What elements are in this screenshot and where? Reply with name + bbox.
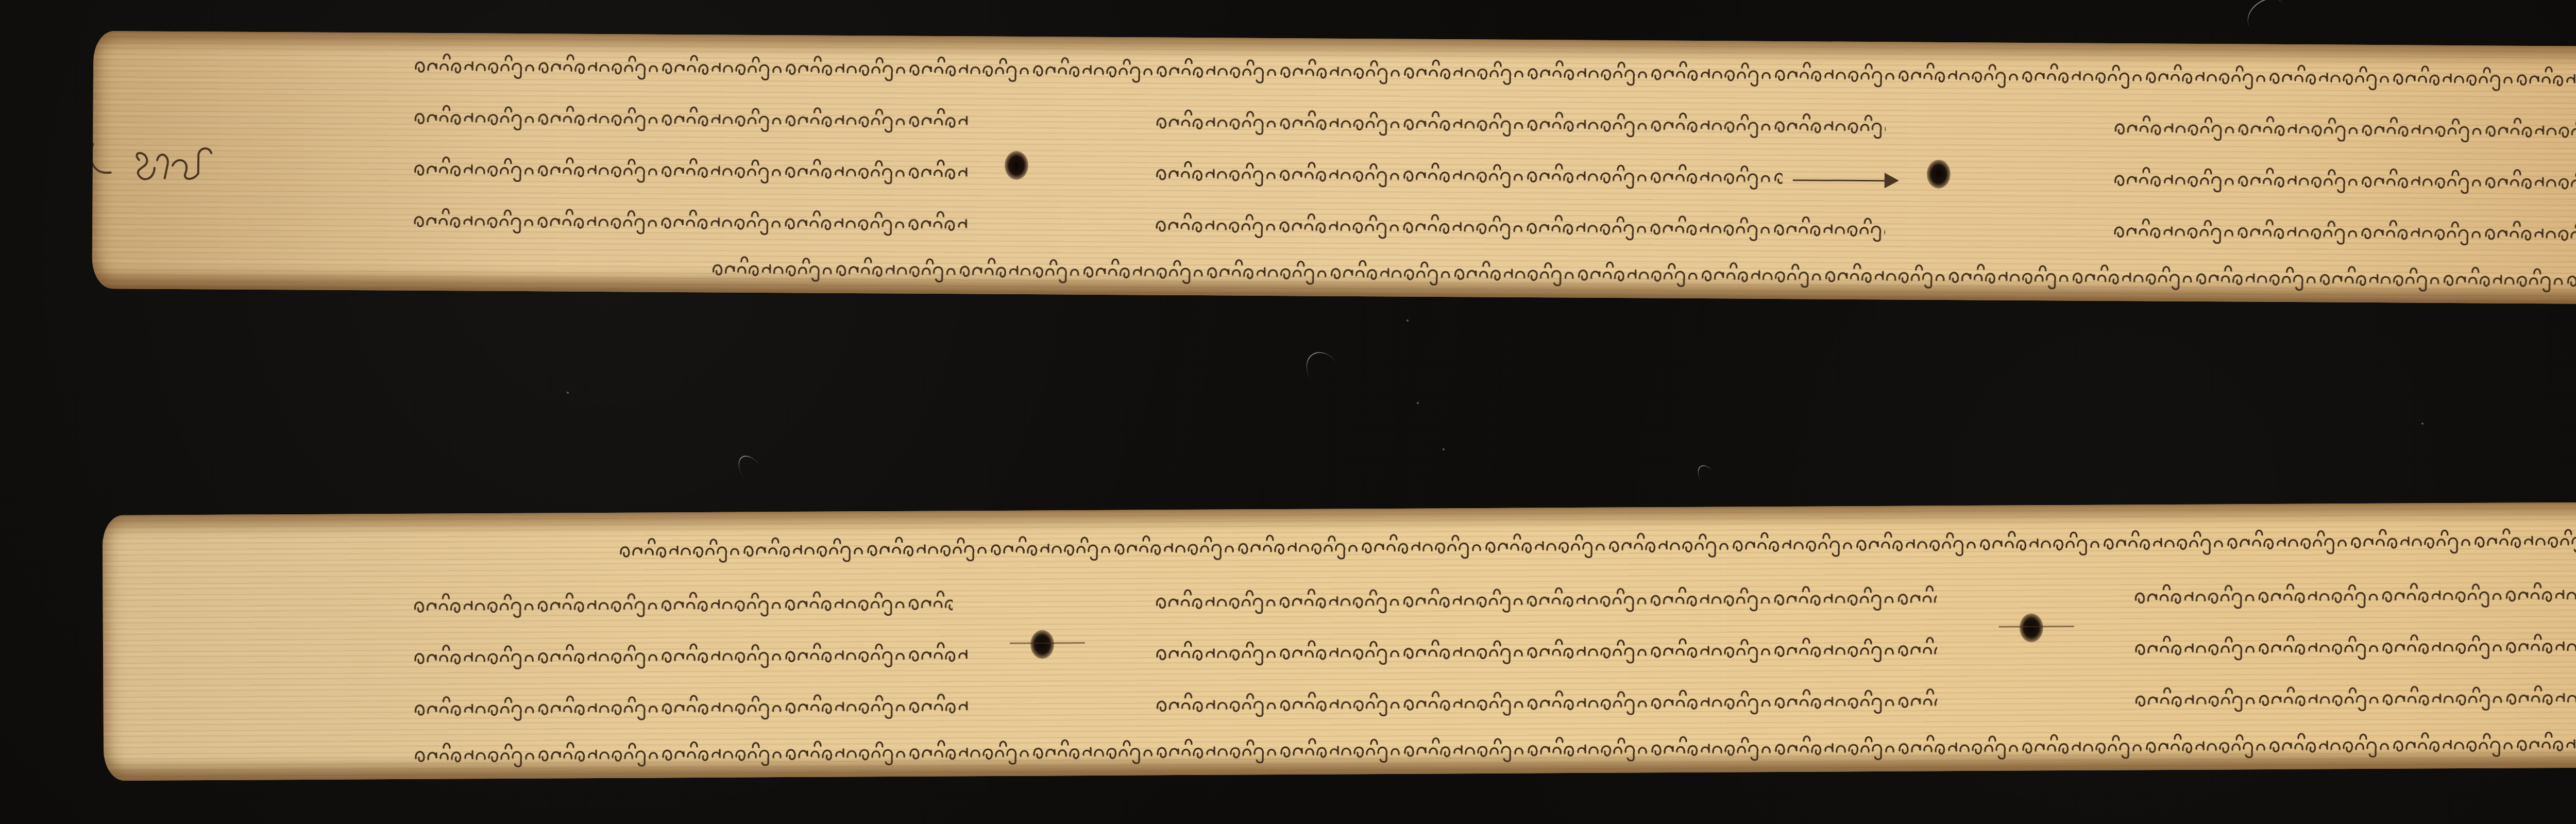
foliation-mark xyxy=(92,128,216,200)
script-glyphs xyxy=(1154,683,1937,718)
script-line-3-right xyxy=(2133,628,2576,662)
script-line-3-middle xyxy=(1154,156,1783,191)
dust-fleck xyxy=(567,392,569,394)
script-glyphs xyxy=(2132,576,2576,610)
dust-fleck xyxy=(2421,423,2424,425)
script-line-3-right xyxy=(2112,162,2576,197)
insertion-arrow-icon xyxy=(1793,179,1896,181)
script-glyphs xyxy=(412,100,969,134)
script-glyphs xyxy=(412,637,969,671)
fiber-strand xyxy=(1694,462,1722,493)
dust-fleck xyxy=(1406,319,1409,322)
script-line-4-left xyxy=(412,203,968,238)
script-line-2-right xyxy=(2132,576,2576,610)
dust-fleck xyxy=(1443,448,1445,450)
script-line-3-left xyxy=(412,152,969,186)
string-hole-right xyxy=(1927,160,1951,189)
script-glyphs xyxy=(412,203,968,238)
fiber-strand xyxy=(1299,345,1349,398)
fiber-strand xyxy=(733,451,771,493)
foliation-numeral-icon xyxy=(92,128,216,192)
script-glyphs xyxy=(2133,628,2576,662)
string-hole-right xyxy=(2020,613,2043,642)
script-glyphs xyxy=(1154,580,1937,615)
string-hole-left xyxy=(1030,630,1054,659)
script-glyphs xyxy=(412,688,969,722)
script-glyphs xyxy=(412,585,953,619)
script-line-4-right xyxy=(2133,679,2576,713)
fiber-strand xyxy=(2241,0,2293,41)
script-glyphs xyxy=(2112,213,2576,249)
script-line-2-left xyxy=(412,100,969,134)
script-glyphs xyxy=(2112,162,2576,197)
string-hole-left xyxy=(1005,151,1028,180)
script-line-4-left xyxy=(412,688,969,722)
script-line-4-middle xyxy=(1154,683,1937,718)
script-glyphs xyxy=(1154,156,1783,191)
script-glyphs xyxy=(1154,208,1885,243)
script-line-3-left xyxy=(412,637,969,671)
script-line-4-right xyxy=(2112,213,2576,249)
script-line-4-middle xyxy=(1154,208,1885,243)
dust-fleck xyxy=(1417,402,1419,404)
script-line-2-right xyxy=(2112,110,2576,146)
script-glyphs xyxy=(412,152,969,186)
palm-leaf-bottom xyxy=(103,500,2576,781)
script-glyphs xyxy=(2112,110,2576,146)
script-glyphs xyxy=(2133,679,2576,713)
script-line-2-middle xyxy=(1154,580,1937,615)
script-line-3-middle xyxy=(1154,632,1937,667)
script-glyphs xyxy=(1154,632,1937,667)
palm-leaf-top xyxy=(92,31,2576,306)
script-glyphs xyxy=(1154,105,1886,140)
script-line-2-middle xyxy=(1154,105,1886,140)
script-line-2-left xyxy=(412,585,953,619)
